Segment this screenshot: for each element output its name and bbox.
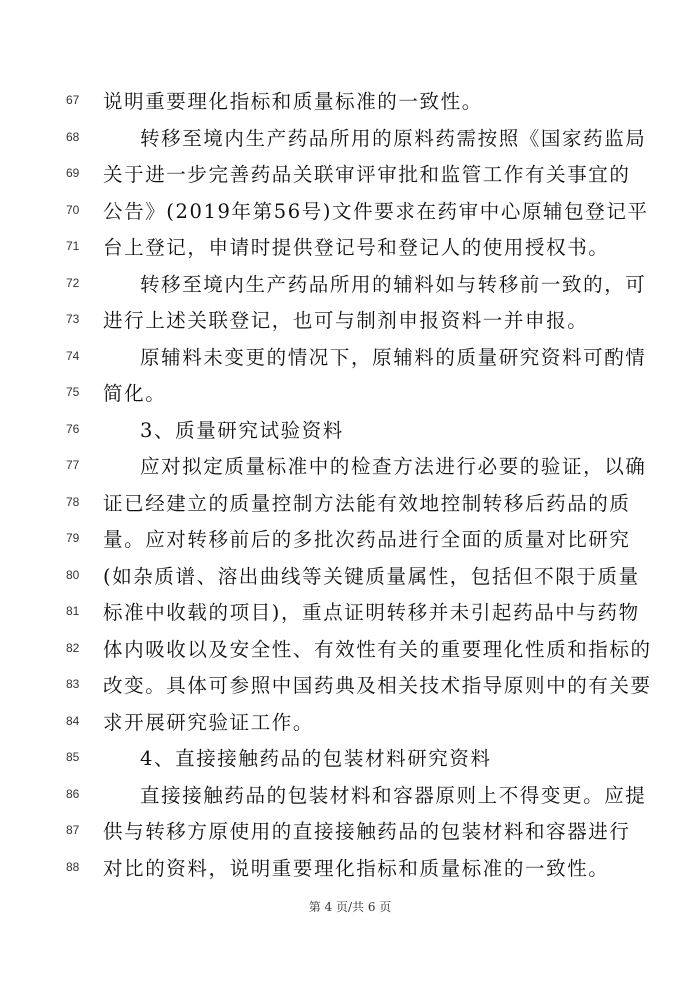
line-text: 简化。	[103, 378, 603, 406]
text-line: 74原辅料未变更的情况下，原辅料的质量研究资料可酌情	[0, 338, 700, 374]
line-number: 70	[66, 203, 92, 217]
text-line: 763、质量研究试验资料	[0, 411, 700, 447]
line-text: (如杂质谱、溶出曲线等关键质量属性，包括但不限于质量	[103, 561, 603, 589]
page-footer: 第 4 页/共 6 页	[0, 898, 700, 915]
line-number: 82	[66, 641, 92, 655]
line-number: 80	[66, 568, 92, 582]
line-text: 说明重要理化指标和质量标准的一致性。	[103, 86, 603, 114]
line-text: 供与转移方原使用的直接接触药品的包装材料和容器进行	[103, 816, 603, 844]
text-line: 78证已经建立的质量控制方法能有效地控制转移后药品的质	[0, 484, 700, 520]
line-number: 77	[66, 458, 92, 472]
text-line: 69关于进一步完善药品关联审评审批和监管工作有关事宜的	[0, 155, 700, 191]
text-line: 82体内吸收以及安全性、有效性有关的重要理化性质和指标的	[0, 630, 700, 666]
line-text: 4、直接接触药品的包装材料研究资料	[140, 743, 640, 771]
line-text: 量。应对转移前后的多批次药品进行全面的质量对比研究	[103, 524, 603, 552]
line-text: 公告》(2019年第56号)文件要求在药审中心原辅包登记平	[103, 196, 603, 224]
text-line: 84求开展研究验证工作。	[0, 703, 700, 739]
line-number: 67	[66, 93, 92, 107]
text-line: 80(如杂质谱、溶出曲线等关键质量属性，包括但不限于质量	[0, 557, 700, 593]
line-number: 81	[66, 604, 92, 618]
line-number: 71	[66, 239, 92, 253]
line-number: 68	[66, 130, 92, 144]
document-page: 67说明重要理化指标和质量标准的一致性。68转移至境内生产药品所用的原料药需按照…	[0, 0, 700, 990]
line-number: 74	[66, 349, 92, 363]
line-text: 3、质量研究试验资料	[140, 415, 640, 443]
text-line: 73进行上述关联登记，也可与制剂申报资料一并申报。	[0, 301, 700, 337]
line-text: 台上登记，申请时提供登记号和登记人的使用授权书。	[103, 232, 603, 260]
line-text: 改变。具体可参照中国药典及相关技术指导原则中的有关要	[103, 670, 603, 698]
line-text: 求开展研究验证工作。	[103, 707, 603, 735]
text-line: 79量。应对转移前后的多批次药品进行全面的质量对比研究	[0, 520, 700, 556]
line-number: 79	[66, 531, 92, 545]
text-line: 81标准中收载的项目)，重点证明转移并未引起药品中与药物	[0, 593, 700, 629]
line-text: 关于进一步完善药品关联审评审批和监管工作有关事宜的	[103, 159, 603, 187]
text-line: 72转移至境内生产药品所用的辅料如与转移前一致的，可	[0, 265, 700, 301]
line-text: 转移至境内生产药品所用的原料药需按照《国家药监局	[140, 123, 640, 151]
line-text: 体内吸收以及安全性、有效性有关的重要理化性质和指标的	[103, 634, 603, 662]
line-number: 76	[66, 422, 92, 436]
text-line: 71台上登记，申请时提供登记号和登记人的使用授权书。	[0, 228, 700, 264]
line-number: 72	[66, 276, 92, 290]
line-number: 75	[66, 385, 92, 399]
line-number: 87	[66, 823, 92, 837]
line-number: 73	[66, 312, 92, 326]
text-line: 87供与转移方原使用的直接接触药品的包装材料和容器进行	[0, 812, 700, 848]
line-text: 直接接触药品的包装材料和容器原则上不得变更。应提	[140, 780, 640, 808]
text-line: 854、直接接触药品的包装材料研究资料	[0, 739, 700, 775]
line-number: 88	[66, 860, 92, 874]
line-text: 标准中收载的项目)，重点证明转移并未引起药品中与药物	[103, 597, 603, 625]
text-line: 86直接接触药品的包装材料和容器原则上不得变更。应提	[0, 776, 700, 812]
line-number: 86	[66, 787, 92, 801]
text-line: 68转移至境内生产药品所用的原料药需按照《国家药监局	[0, 119, 700, 155]
text-line: 67说明重要理化指标和质量标准的一致性。	[0, 82, 700, 118]
line-text: 应对拟定质量标准中的检查方法进行必要的验证，以确	[140, 451, 640, 479]
line-number: 85	[66, 750, 92, 764]
text-line: 88对比的资料，说明重要理化指标和质量标准的一致性。	[0, 849, 700, 885]
line-number: 78	[66, 495, 92, 509]
line-text: 进行上述关联登记，也可与制剂申报资料一并申报。	[103, 305, 603, 333]
text-line: 77应对拟定质量标准中的检查方法进行必要的验证，以确	[0, 447, 700, 483]
text-line: 83改变。具体可参照中国药典及相关技术指导原则中的有关要	[0, 666, 700, 702]
line-number: 83	[66, 677, 92, 691]
text-line: 75简化。	[0, 374, 700, 410]
line-text: 原辅料未变更的情况下，原辅料的质量研究资料可酌情	[140, 342, 640, 370]
line-number: 69	[66, 166, 92, 180]
text-line: 70公告》(2019年第56号)文件要求在药审中心原辅包登记平	[0, 192, 700, 228]
line-text: 对比的资料，说明重要理化指标和质量标准的一致性。	[103, 853, 603, 881]
line-text: 转移至境内生产药品所用的辅料如与转移前一致的，可	[140, 269, 640, 297]
line-number: 84	[66, 714, 92, 728]
line-text: 证已经建立的质量控制方法能有效地控制转移后药品的质	[103, 488, 603, 516]
